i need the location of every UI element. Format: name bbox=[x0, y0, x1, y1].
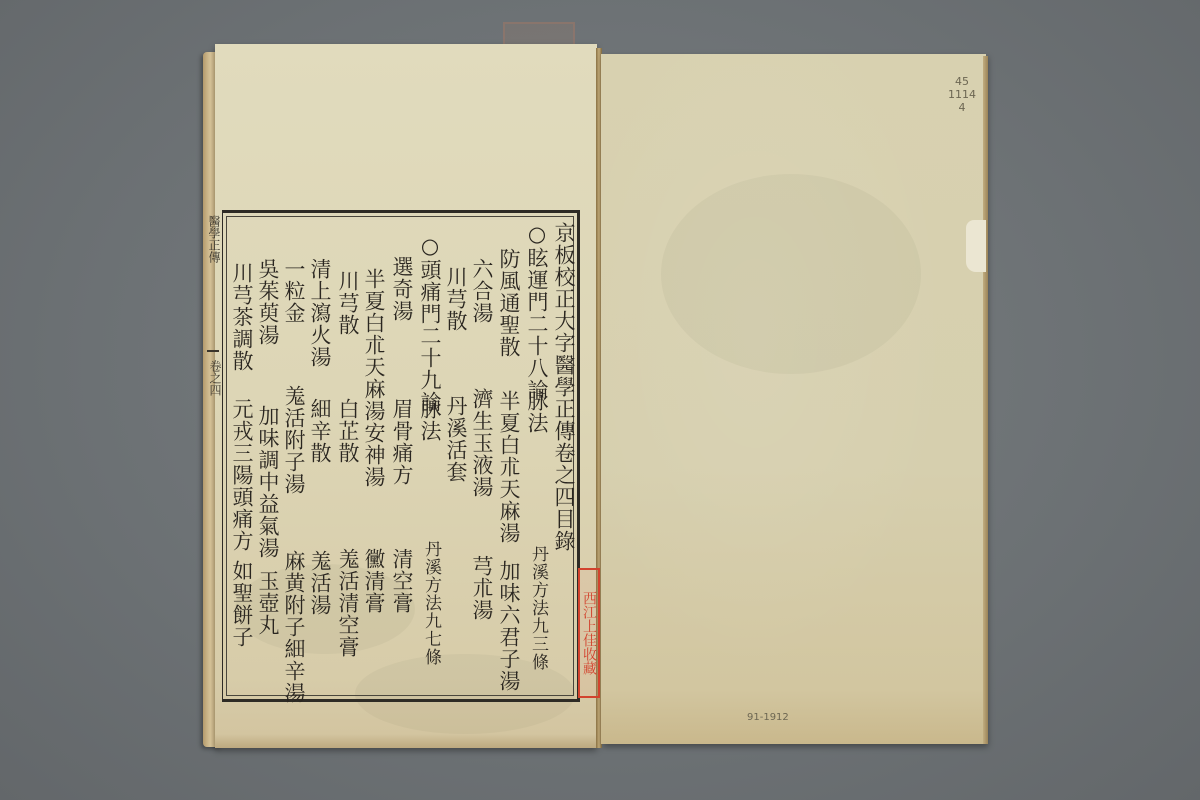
entry: 清上瀉火湯 bbox=[308, 258, 332, 368]
entry: 羗活湯 bbox=[308, 550, 332, 616]
entry: 川芎散 bbox=[336, 270, 360, 336]
entry: 防風通聖散 bbox=[497, 248, 521, 358]
right-page bbox=[601, 54, 986, 744]
entry: 一粒金 bbox=[282, 258, 306, 324]
pulse-method-2: 脉法 bbox=[418, 398, 442, 442]
title-column: 京板校正大字醫學正傳卷之四目錄 bbox=[552, 222, 576, 552]
entry: 黴清膏 bbox=[362, 548, 386, 614]
book-page-edges-right bbox=[983, 56, 988, 744]
pencil-line-2: 1114 bbox=[944, 88, 980, 101]
entry: 吳茱萸湯 bbox=[256, 258, 280, 346]
entry: 如聖餅子 bbox=[230, 560, 254, 648]
entry: 加味六君子湯 bbox=[497, 560, 521, 692]
entry: 羗活附子湯 bbox=[282, 385, 306, 495]
paper-discoloration bbox=[661, 174, 921, 374]
pencil-line-1: 45 bbox=[944, 75, 980, 88]
entry: 羗活清空膏 bbox=[336, 548, 360, 658]
pencil-accession-number: 91-1912 bbox=[747, 711, 789, 724]
red-collector-seal: 西江上佳收藏 bbox=[578, 568, 600, 698]
entry: 濟生玉液湯 bbox=[470, 388, 494, 498]
entry: 半夏白朮天麻湯安神湯 bbox=[362, 268, 386, 488]
fish-tail-mark bbox=[207, 350, 219, 360]
entry: 清空膏 bbox=[390, 548, 414, 614]
danxi-method-1: 丹溪方法九三條 bbox=[526, 545, 550, 671]
entry: 玉壺丸 bbox=[256, 570, 280, 636]
entry: 六合湯 bbox=[470, 258, 494, 324]
danxi-method-2: 丹溪方法九七條 bbox=[419, 540, 443, 666]
entry: 半夏白朮天麻湯 bbox=[497, 390, 521, 544]
entry: 白芷散 bbox=[336, 398, 360, 464]
entry: 川芎茶調散 bbox=[230, 262, 254, 372]
pulse-method-1: 脉法 bbox=[525, 390, 549, 434]
entry: 眉骨痛方 bbox=[390, 398, 414, 486]
entry: 麻黄附子細辛湯 bbox=[282, 550, 306, 704]
entry: 加味調中益氣湯 bbox=[256, 405, 280, 559]
entry: 元戎三陽頭痛方 bbox=[230, 398, 254, 552]
section-heading-headache: ○頭痛門二十九論 bbox=[418, 234, 442, 413]
spine-title: 醫學正傳 bbox=[207, 215, 220, 263]
entry: 選奇湯 bbox=[390, 256, 414, 322]
paper-tear bbox=[966, 220, 986, 272]
entry: 芎朮湯 bbox=[470, 555, 494, 621]
pencil-catalog-number: 45 1114 4 bbox=[944, 75, 980, 114]
entry: 丹溪活套 bbox=[444, 395, 468, 483]
section-heading-dizziness: ○眩運門二十八論 bbox=[525, 222, 549, 401]
entry: 細辛散 bbox=[308, 398, 332, 464]
pencil-line-3: 4 bbox=[944, 101, 980, 114]
entry: 川芎散 bbox=[444, 266, 468, 332]
